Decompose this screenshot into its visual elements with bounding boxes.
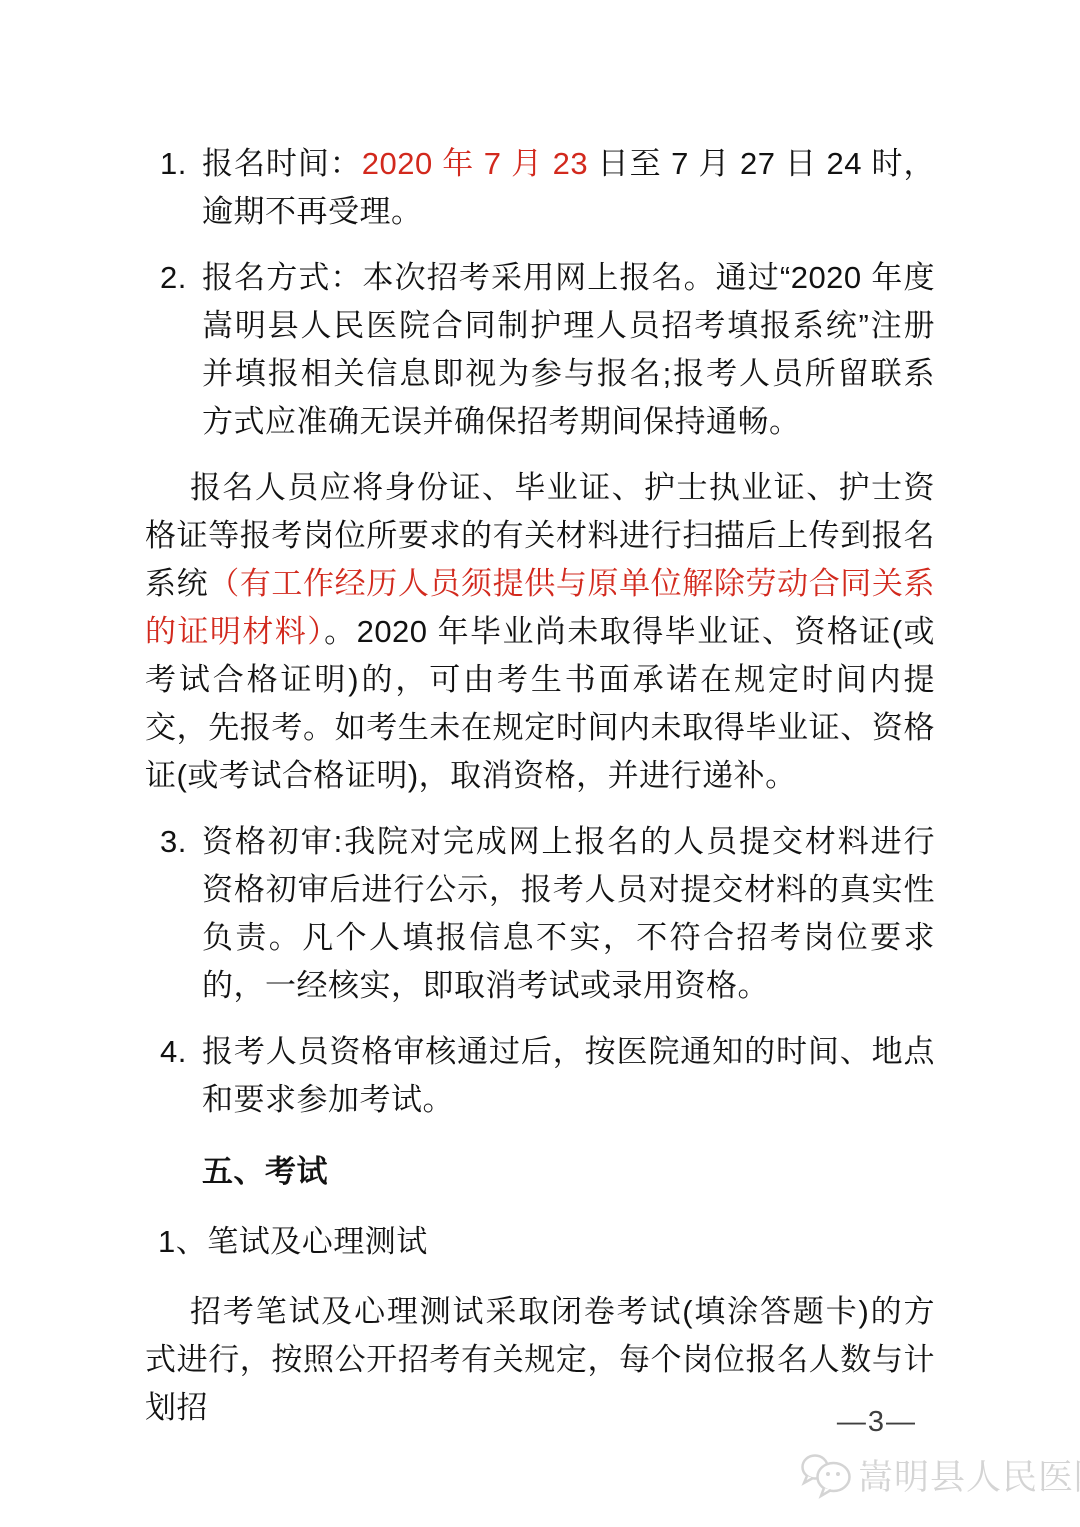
text-run: 1、笔试及心理测试	[158, 1224, 428, 1259]
paragraph: 招考笔试及心理测试采取闭卷考试(填涂答题卡)的方式进行，按照公开招考有关规定，每…	[145, 1288, 935, 1432]
list-marker: 4.	[160, 1028, 202, 1076]
sub-heading: 1、笔试及心理测试	[158, 1218, 935, 1266]
list-item: 4.报考人员资格审核通过后，按医院通知的时间、地点和要求参加考试。	[145, 1028, 935, 1124]
list-item-text: 报考人员资格审核通过后，按医院通知的时间、地点和要求参加考试。	[202, 1034, 935, 1117]
page-number: —3—	[837, 1406, 917, 1439]
list-item-text: 资格初审:我院对完成网上报名的人员提交材料进行资格初审后进行公示，报考人员对提交…	[202, 824, 935, 1003]
text-run: 报考人员资格审核通过后，按医院通知的时间、地点和要求参加考试。	[202, 1034, 935, 1117]
section-heading: 五、考试	[202, 1148, 935, 1196]
watermark-text: 嵩明县人民医院	[858, 1450, 1080, 1500]
text-run: 招考笔试及心理测试采取闭卷考试(填涂答题卡)的方式进行，按照公开招考有关规定，每…	[145, 1294, 935, 1425]
document-page: 1.报名时间：2020 年 7 月 23 日至 7 月 27 日 24 时，逾期…	[0, 0, 1080, 1527]
text-run: 报名时间：	[202, 146, 362, 181]
list-item: 2.报名方式：本次招考采用网上报名。通过“2020 年度嵩明县人民医院合同制护理…	[145, 254, 935, 446]
list-item-text: 报名方式：本次招考采用网上报名。通过“2020 年度嵩明县人民医院合同制护理人员…	[202, 260, 935, 439]
list-item: 3.资格初审:我院对完成网上报名的人员提交材料进行资格初审后进行公示，报考人员对…	[145, 818, 935, 1010]
list-marker: 3.	[160, 818, 202, 866]
watermark: 嵩明县人民医院	[800, 1450, 1080, 1500]
list-marker: 2.	[160, 254, 202, 302]
document-body: 1.报名时间：2020 年 7 月 23 日至 7 月 27 日 24 时，逾期…	[145, 140, 935, 1450]
wechat-logo-icon	[800, 1450, 854, 1500]
paragraph: 报名人员应将身份证、毕业证、护士执业证、护士资格证等报考岗位所要求的有关材料进行…	[145, 464, 935, 800]
text-run: 资格初审:我院对完成网上报名的人员提交材料进行资格初审后进行公示，报考人员对提交…	[202, 824, 935, 1003]
text-run: 五、考试	[202, 1154, 328, 1189]
list-marker: 1.	[160, 140, 202, 188]
list-item-text: 报名时间：2020 年 7 月 23 日至 7 月 27 日 24 时，逾期不再…	[202, 146, 935, 229]
text-run-red: 2020 年 7 月 23	[362, 146, 588, 181]
list-item: 1.报名时间：2020 年 7 月 23 日至 7 月 27 日 24 时，逾期…	[145, 140, 935, 236]
text-run: 报名方式：本次招考采用网上报名。通过“2020 年度嵩明县人民医院合同制护理人员…	[202, 260, 935, 439]
